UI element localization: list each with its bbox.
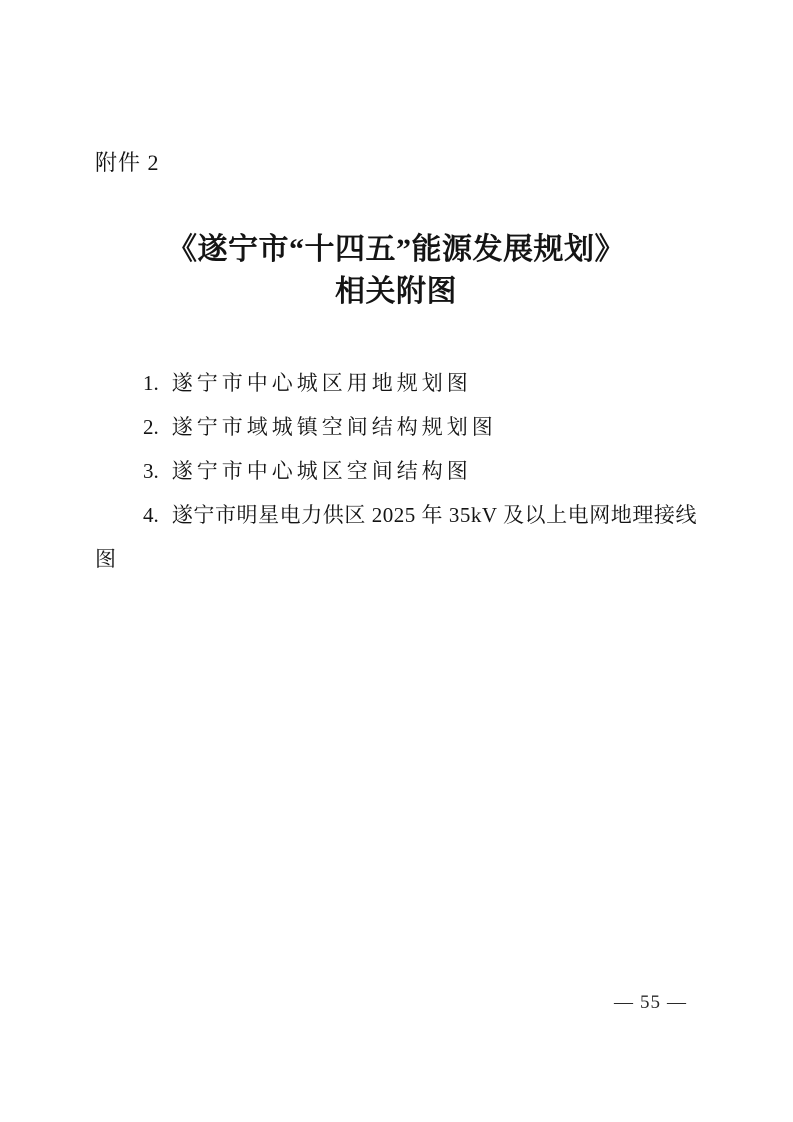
attachment-label: 附件 2 bbox=[95, 150, 697, 176]
page-footer: —55— bbox=[608, 992, 693, 1014]
list-item-text: 遂宁市明星电力供区 2025 年 35kV 及以上电网地理接线图 bbox=[95, 503, 697, 571]
list-item: 1.遂宁市中心城区用地规划图 bbox=[95, 361, 697, 405]
list-item-text: 遂宁市中心城区用地规划图 bbox=[172, 371, 472, 395]
title-line-2: 相关附图 bbox=[95, 271, 697, 313]
document-page: 附件 2 《遂宁市“十四五”能源发展规划》 相关附图 1.遂宁市中心城区用地规划… bbox=[0, 0, 793, 1122]
footer-dash-right: — bbox=[661, 992, 693, 1013]
footer-dash-left: — bbox=[608, 992, 640, 1013]
document-title: 《遂宁市“十四五”能源发展规划》 相关附图 bbox=[95, 229, 697, 313]
title-line-1: 《遂宁市“十四五”能源发展规划》 bbox=[95, 229, 697, 271]
attachment-map-list: 1.遂宁市中心城区用地规划图 2.遂宁市域城镇空间结构规划图 3.遂宁市中心城区… bbox=[95, 361, 697, 581]
list-item-number: 1. bbox=[143, 371, 159, 395]
list-item-number: 3. bbox=[143, 459, 159, 483]
list-item-text: 遂宁市中心城区空间结构图 bbox=[172, 459, 472, 483]
list-item: 4.遂宁市明星电力供区 2025 年 35kV 及以上电网地理接线图 bbox=[95, 493, 697, 581]
list-item: 2.遂宁市域城镇空间结构规划图 bbox=[95, 405, 697, 449]
list-item-number: 2. bbox=[143, 415, 159, 439]
list-item-text: 遂宁市域城镇空间结构规划图 bbox=[172, 415, 497, 439]
list-item-number: 4. bbox=[143, 503, 159, 527]
list-item: 3.遂宁市中心城区空间结构图 bbox=[95, 449, 697, 493]
page-number: 55 bbox=[640, 992, 661, 1013]
